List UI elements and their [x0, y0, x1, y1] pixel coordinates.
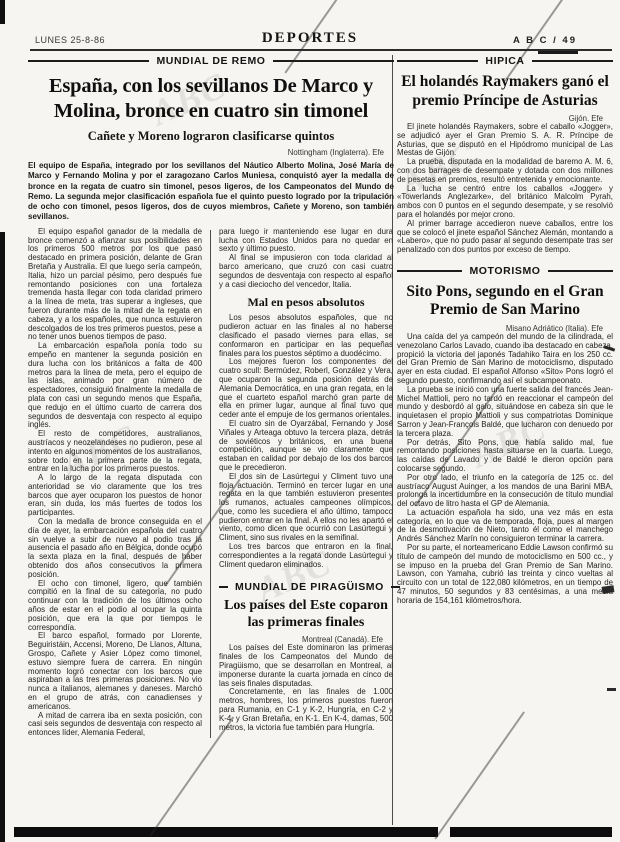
page-number-underline: [538, 51, 578, 54]
kicker-label: MUNDIAL DE REMO: [156, 55, 265, 67]
article-paragraph: El jinete holandés Raymakers, sobre el c…: [397, 123, 613, 158]
kicker-rule: [273, 60, 394, 62]
article-paragraph: Por su parte, el norteamericano Eddie La…: [397, 544, 613, 606]
newspaper-page: ABC ABC ABC ABC ABC LUNES 25-8-86 DEPORT…: [0, 0, 620, 842]
article-paragraph: Con la medalla de bronce conseguida en e…: [28, 518, 202, 580]
kicker-rule: [397, 270, 462, 272]
page-bottom-rule: [14, 827, 438, 837]
page-date: LUNES 25-8-86: [35, 35, 105, 45]
rowing-column-2: para luego ir manteniendo ese lugar en d…: [219, 228, 393, 738]
motorcycling-headline: Sito Pons, segundo en el Gran Premio de …: [397, 283, 613, 320]
article-paragraph: El equipo español ganador de la medalla …: [28, 228, 202, 342]
page-number: A B C / 49: [500, 35, 590, 46]
article-canoeing: MUNDIAL DE PIRAGÜISMO Los países del Est…: [219, 581, 393, 732]
article-paragraph: A mitad de carrera iba en sexta posición…: [28, 712, 202, 738]
article-paragraph: El resto de competidores, australianos, …: [28, 430, 202, 474]
column-divider: [210, 230, 211, 738]
article-paragraph: Concretamente, en las finales de 1.000 m…: [219, 688, 393, 732]
rowing-columns: El equipo español ganador de la medalla …: [28, 228, 394, 738]
article-paragraph: El barco español, formado por Llorente, …: [28, 632, 202, 711]
watermark-slash: [434, 711, 524, 839]
article-paragraph: El cuatro sin de Oyarzábal, Fernando y J…: [219, 420, 393, 473]
kicker-motorcycling: MOTORISMO: [397, 265, 613, 277]
rowing-lede: El equipo de España, integrado por los s…: [28, 161, 394, 223]
article-paragraph: Al final se impusieron con toda claridad…: [219, 254, 393, 289]
equestrian-headline: El holandés Raymakers ganó el premio Prí…: [397, 73, 613, 110]
kicker-label: HIPICA: [485, 55, 524, 67]
rowing-headline: España, con los sevillanos De Marco y Mo…: [28, 74, 394, 124]
article-paragraph: Los pesos absolutos españoles, que no pu…: [219, 314, 393, 358]
kicker-label: MOTORISMO: [469, 265, 540, 277]
article-paragraph: La lucha se centró entre los caballos «J…: [397, 185, 613, 220]
scan-edge-mark: [0, 0, 5, 24]
kicker-rule: [28, 60, 149, 62]
kicker-rule: [532, 60, 613, 62]
page-bottom-rule: [450, 827, 612, 837]
article-paragraph: para luego ir manteniendo ese lugar en d…: [219, 228, 393, 254]
right-column: HIPICA El holandés Raymakers ganó el pre…: [397, 55, 613, 606]
article-paragraph: La actuación española ha sido, una vez m…: [397, 509, 613, 544]
kicker-rule: [397, 60, 478, 62]
scan-edge-bar: [0, 232, 5, 842]
article-paragraph: Por otro lado, el triunfo en la categorí…: [397, 474, 613, 509]
kicker-canoeing: MUNDIAL DE PIRAGÜISMO: [219, 581, 393, 593]
article-paragraph: Los países del Este dominaron las primer…: [219, 644, 393, 688]
kicker-rowing: MUNDIAL DE REMO: [28, 55, 394, 67]
rowing-dateline: Nottingham (Inglaterra). Efe: [28, 148, 394, 157]
header-rule: [30, 49, 612, 51]
article-paragraph: Una caída del ya campeón del mundo de la…: [397, 333, 613, 386]
article-paragraph: A lo largo de la regata disputada con an…: [28, 474, 202, 518]
article-paragraph: Los tres barcos que entraron en la final…: [219, 543, 393, 569]
article-paragraph: La prueba se inició con una fuerte salid…: [397, 386, 613, 439]
article-rowing: MUNDIAL DE REMO España, con los sevillan…: [28, 55, 394, 738]
rowing-column-1: El equipo español ganador de la medalla …: [28, 228, 202, 738]
section-title: DEPORTES: [230, 30, 390, 47]
article-paragraph: Los mejores fueron los componentes del c…: [219, 358, 393, 420]
article-paragraph: El dos sin de Lasúrtegui y Climent tuvo …: [219, 473, 393, 543]
kicker-equestrian: HIPICA: [397, 55, 613, 67]
article-paragraph: La embarcación española ponía todo su em…: [28, 342, 202, 430]
kicker-label: MUNDIAL DE PIRAGÜISMO: [235, 581, 384, 593]
rowing-crosshead: Mal en pesos absolutos: [219, 295, 393, 310]
scan-mark: [607, 688, 616, 691]
canoeing-headline: Los países del Este coparon las primeras…: [219, 598, 393, 631]
rowing-subhead: Cañete y Moreno lograron clasificarse qu…: [28, 129, 394, 144]
article-paragraph: La prueba, disputada en la modalidad de …: [397, 158, 613, 184]
article-paragraph: El ocho con timonel, ligero, que también…: [28, 580, 202, 633]
kicker-rule: [548, 270, 613, 272]
kicker-rule: [219, 586, 228, 588]
article-paragraph: Por detrás, Sito Pons, que había salido …: [397, 439, 613, 474]
article-paragraph: Al primer barrage accedieron nueve cabal…: [397, 220, 613, 255]
